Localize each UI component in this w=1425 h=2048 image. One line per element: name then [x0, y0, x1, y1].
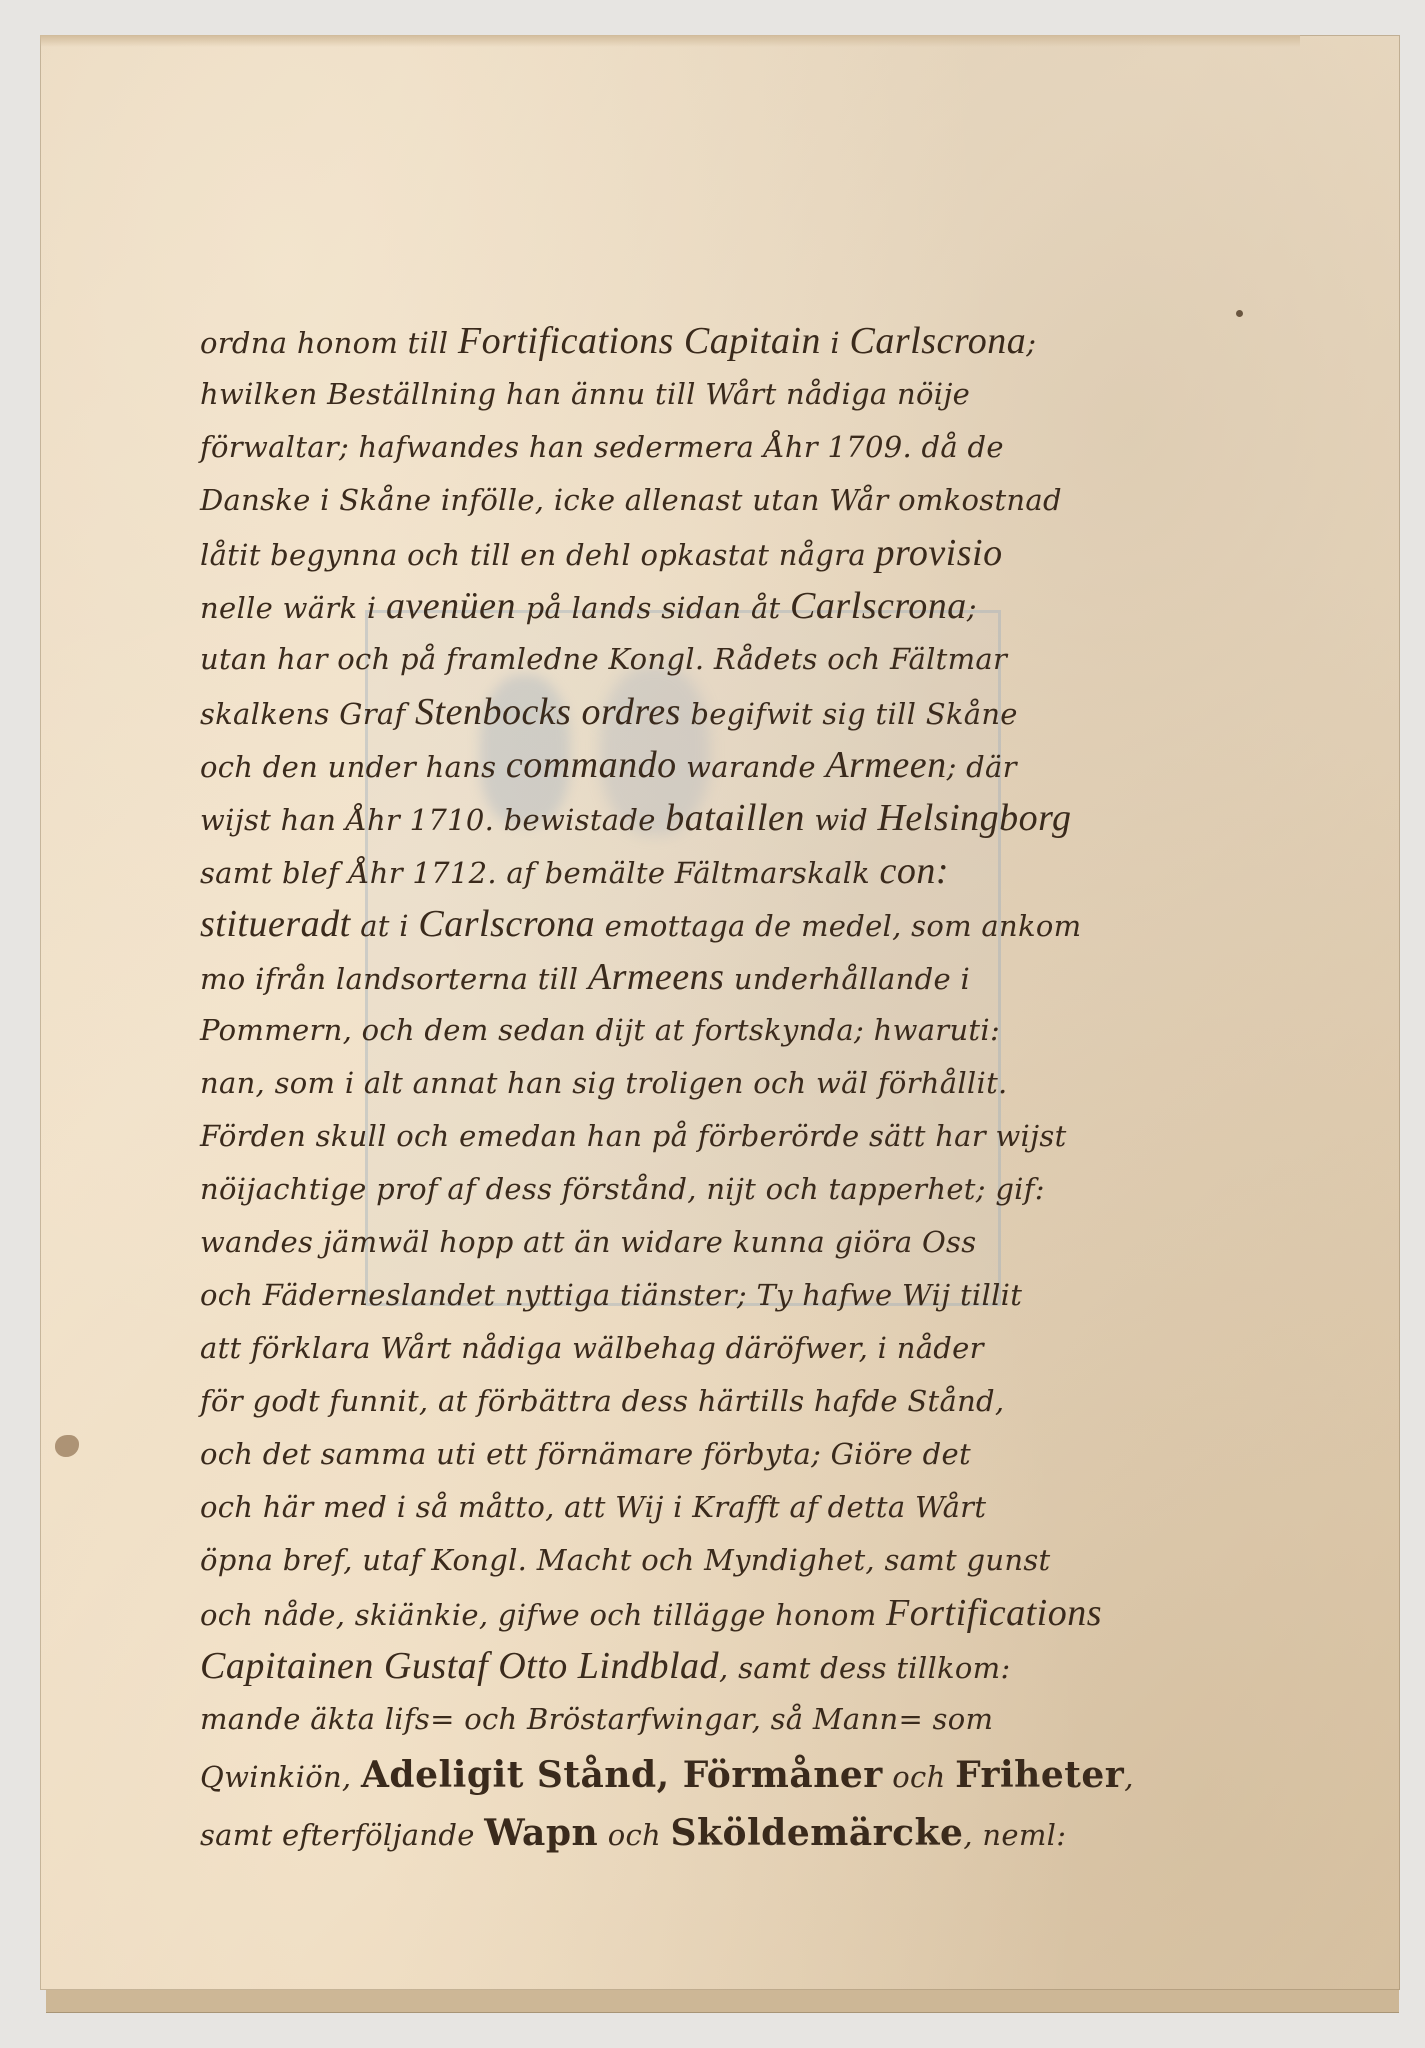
text-segment: warande [677, 750, 826, 784]
text-line: hwilken Beställning han ännu till Wårt n… [200, 368, 1340, 421]
text-segment: wandes jämwäl hopp att än widare kunna g… [200, 1225, 976, 1259]
text-line: och Fäderneslandet nyttiga tiänster; Ty … [200, 1269, 1340, 1322]
text-segment: samt blef Åhr 1712. af bemälte Fältmarsk… [200, 856, 880, 890]
manuscript-page: ordna honom till Fortifications Capitain… [40, 35, 1400, 1990]
latin-script-word: Armeens [588, 956, 724, 998]
text-segment: Pommern, och dem sedan dijt at fortskynd… [200, 1013, 1000, 1047]
latin-script-word: avenüen [386, 585, 516, 627]
text-line: samt efterföljande Wapn och Sköldemärcke… [200, 1804, 1340, 1862]
handwritten-text-block: ordna honom till Fortifications Capitain… [200, 315, 1340, 1862]
text-segment: mande äkta lifs= och Bröstarfwingar, så … [200, 1702, 993, 1736]
text-segment: wijst han Åhr 1710. bewistade [200, 803, 665, 837]
latin-script-word: Fortifications [886, 1592, 1102, 1634]
display-script-word: Friheter [955, 1754, 1124, 1796]
text-line: ordna honom till Fortifications Capitain… [200, 315, 1340, 368]
latin-script-word: Carlscrona [790, 585, 967, 627]
latin-script-word: Stenbocks ordres [415, 691, 681, 733]
text-segment: , samt dess tillkom: [719, 1651, 1010, 1685]
text-line: Förden skull och emedan han på förberörd… [200, 1110, 1340, 1163]
latin-script-word: bataillen [665, 797, 805, 839]
text-segment: Danske i Skåne infölle, icke allenast ut… [200, 483, 1062, 517]
text-line: och det samma uti ett förnämare förbyta;… [200, 1428, 1340, 1481]
text-segment: ; [1026, 326, 1036, 360]
text-line: för godt funnit, at förbättra dess härti… [200, 1375, 1340, 1428]
text-segment: skalkens Graf [200, 697, 415, 731]
text-segment: i [821, 326, 850, 360]
text-line: öpna bref, utaf Kongl. Macht och Myndigh… [200, 1534, 1340, 1587]
text-segment: underhållande i [724, 962, 970, 996]
display-script-word: Adeligit Stånd, Förmåner [361, 1754, 883, 1796]
display-script-word: Wapn [484, 1812, 598, 1854]
text-segment: nelle wärk i [200, 591, 386, 625]
text-line: stitueradt at i Carlscrona emottaga de m… [200, 898, 1340, 951]
latin-script-word: stitueradt [200, 903, 351, 945]
text-segment: och Fäderneslandet nyttiga tiänster; Ty … [200, 1278, 1022, 1312]
text-segment: låtit begynna och till en dehl opkastat … [200, 538, 875, 572]
text-line: mande äkta lifs= och Bröstarfwingar, så … [200, 1693, 1340, 1746]
text-line: att förklara Wårt nådiga wälbehag däröfw… [200, 1322, 1340, 1375]
text-segment: att förklara Wårt nådiga wälbehag däröfw… [200, 1331, 984, 1365]
page-top-shade [40, 35, 1300, 47]
text-line: samt blef Åhr 1712. af bemälte Fältmarsk… [200, 845, 1340, 898]
latin-script-word: Fortifications Capitain [458, 320, 821, 362]
text-line: wandes jämwäl hopp att än widare kunna g… [200, 1216, 1340, 1269]
text-segment: ordna honom till [200, 326, 458, 360]
text-line: mo ifrån landsorterna till Armeens under… [200, 951, 1340, 1004]
text-line: Capitainen Gustaf Otto Lindblad, samt de… [200, 1640, 1340, 1693]
latin-script-word: commando [506, 744, 677, 786]
text-line: nöijachtige prof af dess förstånd, nijt … [200, 1163, 1340, 1216]
latin-script-word: Carlscrona [850, 320, 1027, 362]
text-segment: på lands sidan åt [516, 591, 790, 625]
text-segment: ; där [947, 750, 1017, 784]
latin-script-word: con: [880, 850, 950, 892]
back-sheet-bottom-edge [46, 1990, 1399, 2013]
text-segment: begifwit sig till Skåne [681, 697, 1018, 731]
text-line: Qwinkiön, Adeligit Stånd, Förmåner och F… [200, 1746, 1340, 1804]
latin-script-word: Carlscrona [418, 903, 595, 945]
text-line: Danske i Skåne infölle, icke allenast ut… [200, 474, 1340, 527]
text-segment: och [883, 1760, 955, 1794]
text-segment: Förden skull och emedan han på förberörd… [200, 1119, 1067, 1153]
text-segment: för godt funnit, at förbättra dess härti… [200, 1384, 1004, 1418]
text-segment: emottaga de medel, som ankom [595, 909, 1081, 943]
latin-script-word: Capitainen Gustaf Otto Lindblad [200, 1645, 719, 1687]
text-line: och nåde, skiänkie, gifwe och tillägge h… [200, 1587, 1340, 1640]
latin-script-word: provisio [875, 532, 1002, 574]
text-line: wijst han Åhr 1710. bewistade bataillen … [200, 792, 1340, 845]
text-segment: , neml: [963, 1818, 1066, 1852]
text-line: Pommern, och dem sedan dijt at fortskynd… [200, 1004, 1340, 1057]
text-line: låtit begynna och till en dehl opkastat … [200, 527, 1340, 580]
text-segment: hwilken Beställning han ännu till Wårt n… [200, 377, 970, 411]
text-segment: nan, som i alt annat han sig troligen oc… [200, 1066, 1008, 1100]
text-segment: wid [805, 803, 878, 837]
text-line: och den under hans commando warande Arme… [200, 739, 1340, 792]
latin-script-word: Armeen [825, 744, 946, 786]
text-segment: förwaltar; hafwandes han sedermera Åhr 1… [200, 430, 1004, 464]
text-segment: Qwinkiön, [200, 1760, 361, 1794]
text-line: nelle wärk i avenüen på lands sidan åt C… [200, 580, 1340, 633]
text-segment: och nåde, skiänkie, gifwe och tillägge h… [200, 1598, 886, 1632]
text-segment: och [598, 1818, 670, 1852]
text-segment: och det samma uti ett förnämare förbyta;… [200, 1437, 971, 1471]
text-segment: och den under hans [200, 750, 506, 784]
text-line: förwaltar; hafwandes han sedermera Åhr 1… [200, 421, 1340, 474]
text-segment: öpna bref, utaf Kongl. Macht och Myndigh… [200, 1543, 1050, 1577]
text-segment: ; [967, 591, 977, 625]
text-segment: nöijachtige prof af dess förstånd, nijt … [200, 1172, 1045, 1206]
text-line: skalkens Graf Stenbocks ordres begifwit … [200, 686, 1340, 739]
text-line: nan, som i alt annat han sig troligen oc… [200, 1057, 1340, 1110]
text-line: och här med i så måtto, att Wij i Krafft… [200, 1481, 1340, 1534]
text-segment: samt efterföljande [200, 1818, 484, 1852]
latin-script-word: Helsingborg [877, 797, 1071, 839]
text-segment: och här med i så måtto, att Wij i Krafft… [200, 1490, 986, 1524]
text-segment: mo ifrån landsorterna till [200, 962, 588, 996]
display-script-word: Sköldemärcke [671, 1812, 964, 1854]
text-segment: at i [351, 909, 419, 943]
text-line: utan har och på framledne Kongl. Rådets … [200, 633, 1340, 686]
text-segment: , [1124, 1760, 1134, 1794]
ink-stain [55, 1435, 79, 1457]
text-segment: utan har och på framledne Kongl. Rådets … [200, 642, 1007, 676]
